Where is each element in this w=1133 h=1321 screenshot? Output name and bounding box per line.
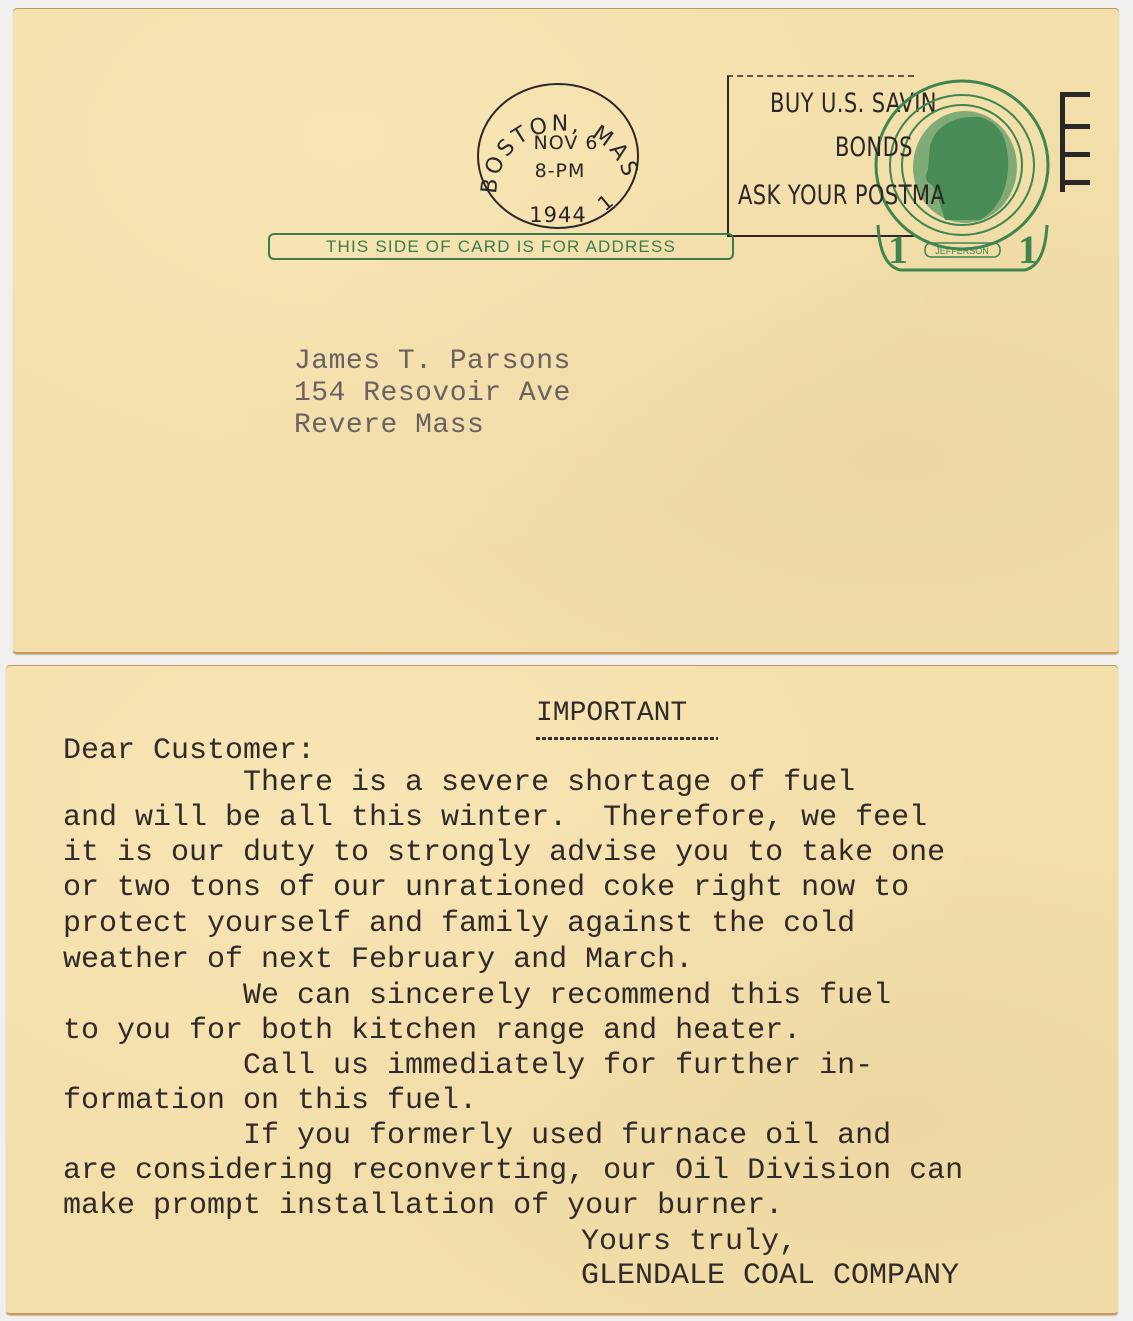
stamp-portrait-label: JEFFERSON [935,246,989,256]
letter-line: or two tons of our unrationed coke right… [63,871,909,905]
letter-line: and will be all this winter. Therefore, … [63,801,927,835]
letter-line: We can sincerely recommend this fuel [63,979,891,1013]
letter-line: If you formerly used furnace oil and [63,1119,891,1153]
letter-line: are considering reconverting, our Oil Di… [63,1154,963,1188]
letter-line: to you for both kitchen range and heater… [63,1014,801,1048]
stamp-denomination-left: 1 [888,227,908,272]
letter-line: Call us immediately for further in- [63,1049,873,1083]
letter-line: There is a severe shortage of fuel [63,766,855,800]
postmark-time: 8-PM [477,160,643,182]
postmark-date: NOV 6 [483,132,649,154]
letter-line: protect yourself and family against the … [63,907,855,941]
recipient-street: 154 Resovoir Ave [294,378,571,409]
heading-important: IMPORTANT [536,698,687,729]
jefferson-stamp: JEFFERSON 1 1 [870,75,1055,275]
signature-company: GLENDALE COAL COMPANY [581,1259,959,1293]
recipient-city: Revere Mass [294,410,484,441]
salutation: Dear Customer: [63,734,315,768]
address-side-label: THIS SIDE OF CARD IS FOR ADDRESS [268,233,734,260]
letter-line: it is our duty to strongly advise you to… [63,836,945,870]
postmark-circle: BOSTON, MASS 1 NOV 6 8-PM 1944 [475,80,641,232]
closing: Yours truly, [581,1225,797,1259]
letter-line: make prompt installation of your burner. [63,1189,783,1223]
slogan-line-2: BONDS [835,132,913,163]
slogan-line-3: ASK YOUR POSTMA [738,180,945,211]
cancel-bars [1058,92,1098,192]
heading-underline [536,737,718,740]
stamp-denomination-right: 1 [1018,227,1038,272]
recipient-name: James T. Parsons [294,346,571,377]
postmark-year: 1944 [475,203,641,227]
jefferson-portrait-icon: JEFFERSON 1 1 [870,75,1055,275]
letter-line: weather of next February and March. [63,943,693,977]
letter-line: formation on this fuel. [63,1084,477,1118]
